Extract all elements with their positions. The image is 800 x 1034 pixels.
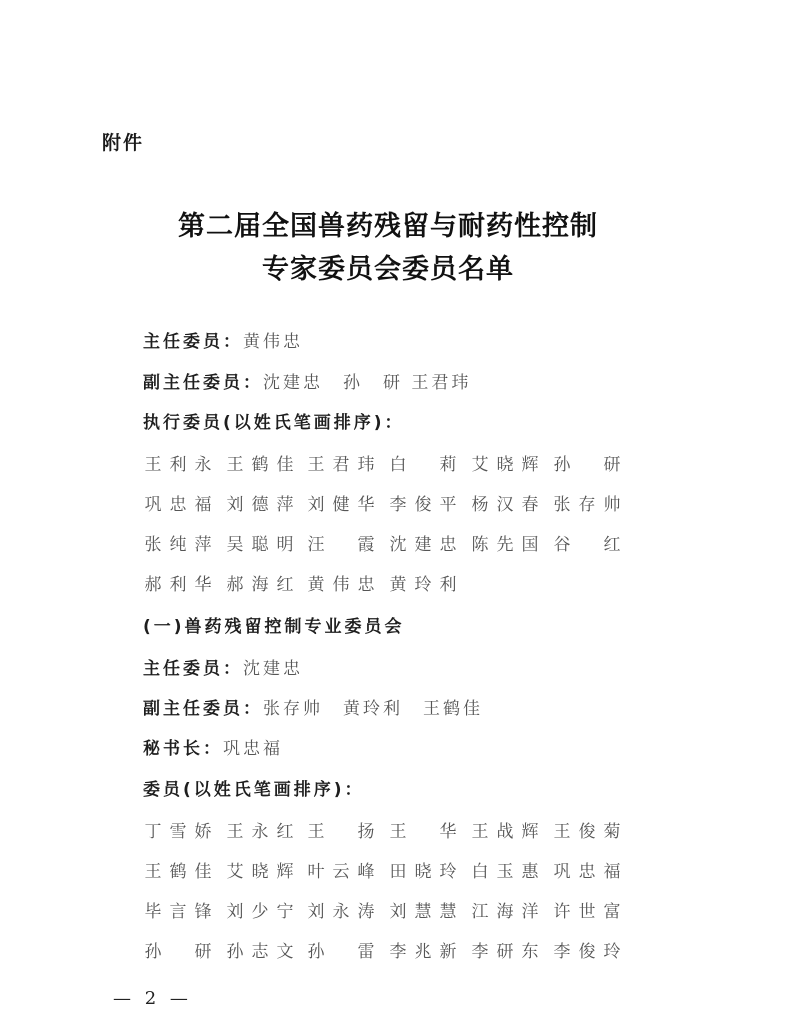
vice-director-names: 沈建忠 孙 研 王君玮 bbox=[263, 373, 471, 393]
member-name: 孙研 bbox=[552, 450, 622, 475]
member-name: 刘永涛 bbox=[306, 897, 376, 922]
director-name: 黄伟忠 bbox=[243, 332, 303, 352]
member-name: 郝利华 bbox=[143, 570, 213, 595]
sub-director-label: 主任委员： bbox=[143, 659, 243, 679]
executive-members-heading: 执行委员(以姓氏笔画排序)： bbox=[143, 408, 405, 433]
member-name: 吴聪明 bbox=[225, 530, 295, 555]
member-name: 白莉 bbox=[388, 450, 458, 475]
sub-vice-director-names: 张存帅 黄玲利 王鹤佳 bbox=[263, 699, 483, 719]
member-name: 王君玮 bbox=[306, 450, 376, 475]
secretary-line: 秘书长：巩忠福 bbox=[143, 734, 283, 759]
document-title-line1: 第二届全国兽药残留与耐药性控制 bbox=[0, 204, 788, 243]
member-name: 孙志文 bbox=[225, 937, 295, 962]
sub-director-name: 沈建忠 bbox=[243, 659, 303, 679]
member-name: 杨汉春 bbox=[470, 490, 540, 515]
member-name: 许世富 bbox=[552, 897, 622, 922]
member-name: 艾晓辉 bbox=[225, 857, 295, 882]
member-name: 丁雪娇 bbox=[143, 817, 213, 842]
member-name: 刘慧慧 bbox=[388, 897, 458, 922]
page-number: — 2 — bbox=[113, 988, 192, 1009]
member-name: 巩忠福 bbox=[552, 857, 622, 882]
member-name: 黄伟忠 bbox=[306, 570, 376, 595]
member-name: 王华 bbox=[388, 817, 458, 842]
sub-vice-director-label: 副主任委员： bbox=[143, 699, 263, 719]
sub-vice-director-line: 副主任委员：张存帅 黄玲利 王鹤佳 bbox=[143, 694, 483, 719]
subcommittee-title: (一)兽药残留控制专业委员会 bbox=[143, 612, 405, 637]
member-name: 刘少宁 bbox=[225, 897, 295, 922]
member-name: 王俊菊 bbox=[552, 817, 622, 842]
member-name: 谷红 bbox=[552, 530, 622, 555]
member-name: 王战辉 bbox=[470, 817, 540, 842]
member-name: 刘德萍 bbox=[225, 490, 295, 515]
member-name: 沈建忠 bbox=[388, 530, 458, 555]
member-name: 王鹤佳 bbox=[225, 450, 295, 475]
executive-label: 执行委员(以姓氏笔画排序)： bbox=[143, 413, 405, 433]
attachment-label: 附件 bbox=[102, 128, 144, 155]
director-line: 主任委员：黄伟忠 bbox=[143, 327, 303, 352]
sub-director-line: 主任委员：沈建忠 bbox=[143, 654, 303, 679]
member-name: 田晓玲 bbox=[388, 857, 458, 882]
member-name: 黄玲利 bbox=[388, 570, 458, 595]
director-label: 主任委员： bbox=[143, 332, 243, 352]
member-name: 王鹤佳 bbox=[143, 857, 213, 882]
member-name: 艾晓辉 bbox=[470, 450, 540, 475]
member-name: 李研东 bbox=[470, 937, 540, 962]
member-name: 汪霞 bbox=[306, 530, 376, 555]
member-name: 白玉惠 bbox=[470, 857, 540, 882]
vice-director-line: 副主任委员：沈建忠 孙 研 王君玮 bbox=[143, 368, 471, 393]
secretary-name: 巩忠福 bbox=[223, 739, 283, 759]
member-name: 李兆新 bbox=[388, 937, 458, 962]
member-name: 陈先国 bbox=[470, 530, 540, 555]
member-name: 王利永 bbox=[143, 450, 213, 475]
sub-members-label: 委员(以姓氏笔画排序)： bbox=[143, 780, 365, 800]
member-name: 孙研 bbox=[143, 937, 213, 962]
vice-director-label: 副主任委员： bbox=[143, 373, 263, 393]
member-name: 刘健华 bbox=[306, 490, 376, 515]
member-name: 李俊平 bbox=[388, 490, 458, 515]
member-name: 巩忠福 bbox=[143, 490, 213, 515]
member-name: 毕言锋 bbox=[143, 897, 213, 922]
member-name: 张存帅 bbox=[552, 490, 622, 515]
sub-members-heading: 委员(以姓氏笔画排序)： bbox=[143, 775, 365, 800]
secretary-label: 秘书长： bbox=[143, 739, 223, 759]
member-name: 李俊玲 bbox=[552, 937, 622, 962]
member-name: 江海洋 bbox=[470, 897, 540, 922]
member-name: 叶云峰 bbox=[306, 857, 376, 882]
member-name: 郝海红 bbox=[225, 570, 295, 595]
document-title-line2: 专家委员会委员名单 bbox=[0, 247, 788, 286]
member-name: 王扬 bbox=[306, 817, 376, 842]
member-name: 张纯萍 bbox=[143, 530, 213, 555]
member-name: 王永红 bbox=[225, 817, 295, 842]
member-name: 孙雷 bbox=[306, 937, 376, 962]
